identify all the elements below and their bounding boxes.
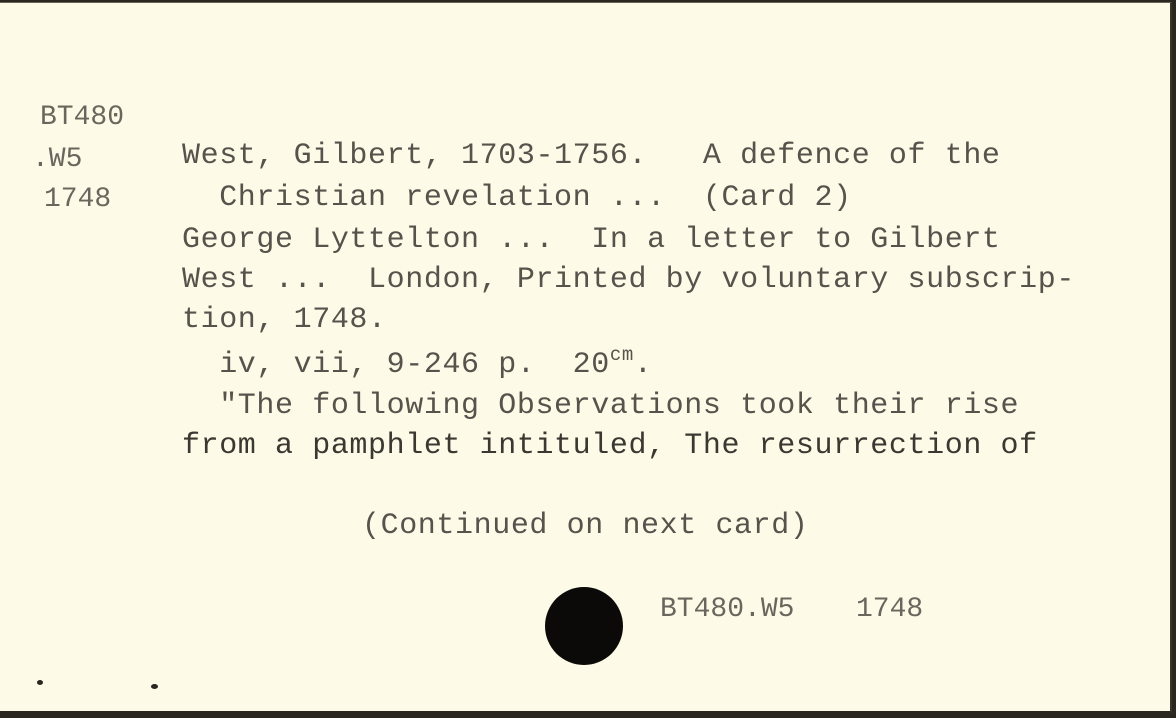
collation-unit: cm [610,344,634,366]
continuation-note: (Continued on next card) [362,511,808,541]
entry-imprint-line: West ... London, Printed by voluntary su… [182,265,1075,295]
collation-end: . [634,348,653,382]
punch-hole [545,587,623,665]
call-number-cutter: .W5 [32,145,82,175]
note-line-2: from a pamphlet intituled, The resurrect… [182,431,1038,461]
footer-call-number-year: 1748 [856,595,923,625]
speck-mark [151,684,158,689]
speck-mark [37,680,43,685]
entry-author-line: George Lyttelton ... In a letter to Gilb… [182,225,1001,255]
entry-heading-line: West, Gilbert, 1703-1756. A defence of t… [182,141,1001,171]
collation-line: iv, vii, 9-246 p. 20cm. [182,350,653,380]
catalog-card: BT480 .W5 1748 West, Gilbert, 1703-1756.… [0,2,1172,714]
entry-title-line: Christian revelation ... (Card 2) [182,183,852,213]
footer-call-number-class: BT480.W5 [660,595,794,625]
collation-pages: iv, vii, 9-246 p. 20 [182,348,610,382]
call-number-class: BT480 [40,103,124,133]
note-line-1: "The following Observations took their r… [182,391,1019,421]
entry-imprint-end-line: tion, 1748. [182,305,387,335]
call-number-year: 1748 [44,185,111,215]
